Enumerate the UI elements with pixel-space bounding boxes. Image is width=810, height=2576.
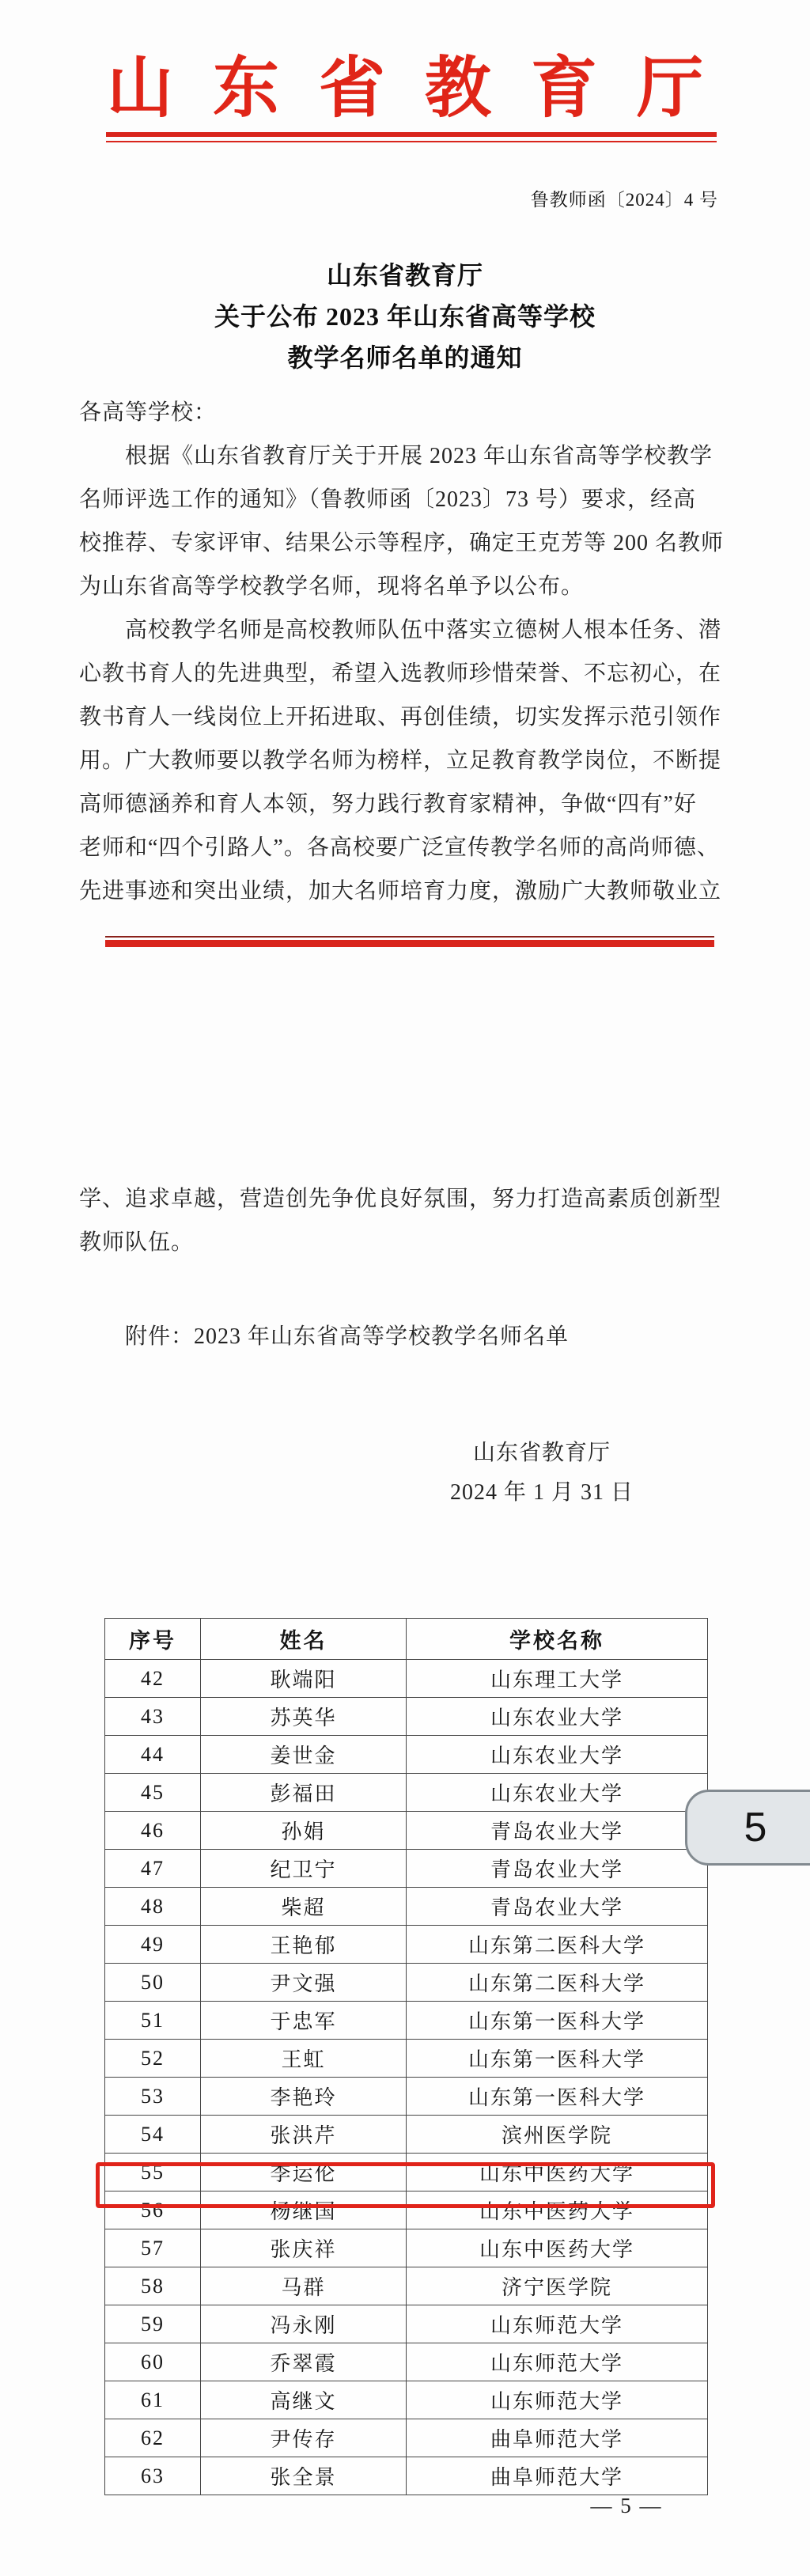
cell-school-name: 曲阜师范大学 (407, 2419, 708, 2457)
cell-teacher-name: 李艳玲 (201, 2078, 407, 2116)
cell-teacher-name: 张庆祥 (201, 2229, 407, 2267)
cell-teacher-name: 王虹 (201, 2040, 407, 2078)
table-header-cell: 姓名 (201, 1619, 407, 1660)
cell-teacher-name: 柴超 (201, 1888, 407, 1926)
cell-school-name: 山东农业大学 (407, 1736, 708, 1774)
body-line: 各高等学校： (79, 391, 726, 434)
cell-serial-no: 55 (105, 2154, 201, 2191)
notice-title-line: 教学名师名单的通知 (0, 337, 810, 378)
cell-serial-no: 42 (105, 1660, 201, 1698)
body-line: 教师队伍。 (79, 1221, 726, 1264)
table-row: 49 王艳郁 山东第二医科大学 (105, 1926, 708, 1964)
cell-school-name: 山东农业大学 (407, 1698, 708, 1736)
body-line: 高师德涵养和育人本领，努力践行教育家精神，争做“四有”好 (79, 782, 726, 826)
cell-teacher-name: 李运伦 (201, 2154, 407, 2191)
page-break-rule-thin (105, 936, 714, 938)
cell-school-name: 山东师范大学 (407, 2305, 708, 2343)
cell-teacher-name: 张全景 (201, 2457, 407, 2495)
cell-teacher-name: 高继文 (201, 2381, 407, 2419)
table-row: 52 王虹 山东第一医科大学 (105, 2040, 708, 2078)
cell-teacher-name: 纪卫宁 (201, 1850, 407, 1888)
cell-school-name: 青岛农业大学 (407, 1888, 708, 1926)
cell-teacher-name: 彭福田 (201, 1774, 407, 1812)
cell-teacher-name: 姜世金 (201, 1736, 407, 1774)
cell-school-name: 山东第一医科大学 (407, 2002, 708, 2040)
letterhead-title: 山东省教育厅 (0, 35, 810, 131)
cell-serial-no: 43 (105, 1698, 201, 1736)
table-row: 50 尹文强 山东第二医科大学 (105, 1964, 708, 2002)
cell-school-name: 山东理工大学 (407, 1660, 708, 1698)
cell-teacher-name: 尹文强 (201, 1964, 407, 2002)
body-line: 教书育人一线岗位上开拓进取、再创佳绩，切实发挥示范引领作 (79, 695, 726, 739)
table-row: 46 孙娟 青岛农业大学 (105, 1812, 708, 1850)
cell-serial-no: 56 (105, 2191, 201, 2229)
table-row: 54 张洪芹 滨州医学院 (105, 2116, 708, 2154)
table-row: 57 张庆祥 山东中医药大学 (105, 2229, 708, 2267)
letterhead-rule-thick (106, 132, 717, 137)
body-line: 学、追求卓越，营造创先争优良好氛围，努力打造高素质创新型 (79, 1177, 726, 1221)
cell-serial-no: 51 (105, 2002, 201, 2040)
cell-teacher-name: 苏英华 (201, 1698, 407, 1736)
cell-school-name: 济宁医学院 (407, 2267, 708, 2305)
cell-school-name: 山东中医药大学 (407, 2154, 708, 2191)
cell-serial-no: 46 (105, 1812, 201, 1850)
cell-school-name: 山东中医药大学 (407, 2191, 708, 2229)
table-row: 42 耿端阳 山东理工大学 (105, 1660, 708, 1698)
cell-school-name: 山东农业大学 (407, 1774, 708, 1812)
body-line: 为山东省高等学校教学名师，现将名单予以公布。 (79, 565, 726, 608)
cell-serial-no: 50 (105, 1964, 201, 2002)
cell-school-name: 山东第二医科大学 (407, 1964, 708, 2002)
cell-teacher-name: 于忠军 (201, 2002, 407, 2040)
cell-serial-no: 61 (105, 2381, 201, 2419)
cell-school-name: 山东师范大学 (407, 2343, 708, 2381)
cell-teacher-name: 杨继国 (201, 2191, 407, 2229)
cell-serial-no: 57 (105, 2229, 201, 2267)
cell-school-name: 山东第一医科大学 (407, 2078, 708, 2116)
cell-serial-no: 58 (105, 2267, 201, 2305)
cell-teacher-name: 乔翠霞 (201, 2343, 407, 2381)
table-header-cell: 序号 (105, 1619, 201, 1660)
cell-school-name: 青岛农业大学 (407, 1850, 708, 1888)
document-page: 山东省教育厅 鲁教师函〔2024〕4 号 山东省教育厅关于公布 2023 年山东… (0, 0, 810, 2576)
cell-teacher-name: 马群 (201, 2267, 407, 2305)
table-row: 55 李运伦 山东中医药大学 (105, 2154, 708, 2191)
body-line: 校推荐、专家评审、结果公示等程序，确定王克芳等 200 名教师 (79, 521, 726, 565)
body-line: 老师和“四个引路人”。各高校要广泛宣传教学名师的高尚师德、 (79, 826, 726, 869)
doc-number: 鲁教师函〔2024〕4 号 (531, 188, 718, 212)
cell-serial-no: 44 (105, 1736, 201, 1774)
cell-serial-no: 60 (105, 2343, 201, 2381)
cell-serial-no: 63 (105, 2457, 201, 2495)
cell-serial-no: 53 (105, 2078, 201, 2116)
cell-teacher-name: 孙娟 (201, 1812, 407, 1850)
body-text-block-1: 各高等学校： 根据《山东省教育厅关于开展 2023 年山东省高等学校教学名师评选… (79, 391, 726, 913)
sign-date: 2024 年 1 月 31 日 (411, 1473, 672, 1513)
attachment-note: 附件：2023 年山东省高等学校教学名师名单 (79, 1315, 726, 1358)
cell-serial-no: 54 (105, 2116, 201, 2154)
notice-title: 山东省教育厅关于公布 2023 年山东省高等学校教学名师名单的通知 (0, 255, 810, 378)
table-row: 48 柴超 青岛农业大学 (105, 1888, 708, 1926)
table-row: 43 苏英华 山东农业大学 (105, 1698, 708, 1736)
footer-page-number: — 5 — (0, 2494, 810, 2518)
cell-teacher-name: 张洪芹 (201, 2116, 407, 2154)
cell-teacher-name: 王艳郁 (201, 1926, 407, 1964)
body-line: 高校教学名师是高校教师队伍中落实立德树人根本任务、潜 (79, 608, 726, 652)
cell-teacher-name: 尹传存 (201, 2419, 407, 2457)
table-row: 63 张全景 曲阜师范大学 (105, 2457, 708, 2495)
teachers-table: 序号姓名学校名称 42 耿端阳 山东理工大学 43 苏英华 山东农业大学 44 (104, 1618, 708, 2495)
table-header-cell: 学校名称 (407, 1619, 708, 1660)
cell-school-name: 曲阜师范大学 (407, 2457, 708, 2495)
table-row: 51 于忠军 山东第一医科大学 (105, 2002, 708, 2040)
cell-school-name: 滨州医学院 (407, 2116, 708, 2154)
table-header-row: 序号姓名学校名称 (105, 1619, 708, 1660)
table-row: 53 李艳玲 山东第一医科大学 (105, 2078, 708, 2116)
table-row: 60 乔翠霞 山东师范大学 (105, 2343, 708, 2381)
cell-school-name: 山东第二医科大学 (407, 1926, 708, 1964)
table-row: 44 姜世金 山东农业大学 (105, 1736, 708, 1774)
cell-serial-no: 62 (105, 2419, 201, 2457)
table-row: 47 纪卫宁 青岛农业大学 (105, 1850, 708, 1888)
table-row: 59 冯永刚 山东师范大学 (105, 2305, 708, 2343)
signature-block: 山东省教育厅 2024 年 1 月 31 日 (411, 1434, 672, 1513)
notice-title-line: 关于公布 2023 年山东省高等学校 (0, 296, 810, 337)
body-line: 根据《山东省教育厅关于开展 2023 年山东省高等学校教学 (79, 434, 726, 478)
cell-school-name: 山东中医药大学 (407, 2229, 708, 2267)
table-row: 56 杨继国 山东中医药大学 (105, 2191, 708, 2229)
cell-serial-no: 47 (105, 1850, 201, 1888)
signer-name: 山东省教育厅 (411, 1434, 672, 1473)
cell-serial-no: 49 (105, 1926, 201, 1964)
cell-teacher-name: 耿端阳 (201, 1660, 407, 1698)
cell-serial-no: 59 (105, 2305, 201, 2343)
body-line: 用。广大教师要以教学名师为榜样，立足教育教学岗位，不断提 (79, 739, 726, 782)
table-row: 62 尹传存 曲阜师范大学 (105, 2419, 708, 2457)
cell-serial-no: 45 (105, 1774, 201, 1812)
cell-teacher-name: 冯永刚 (201, 2305, 407, 2343)
cell-serial-no: 48 (105, 1888, 201, 1926)
cell-serial-no: 52 (105, 2040, 201, 2078)
side-page-tab: 5 (685, 1790, 810, 1866)
page-break-rule-thick (105, 940, 714, 947)
body-line: 心教书育人的先进典型，希望入选教师珍惜荣誉、不忘初心，在 (79, 652, 726, 695)
cell-school-name: 山东师范大学 (407, 2381, 708, 2419)
table-row: 58 马群 济宁医学院 (105, 2267, 708, 2305)
body-line: 名师评选工作的通知》（鲁教师函〔2023〕73 号）要求，经高 (79, 478, 726, 521)
body-text-block-2: 学、追求卓越，营造创先争优良好氛围，努力打造高素质创新型教师队伍。 (79, 1177, 726, 1264)
notice-title-line: 山东省教育厅 (0, 255, 810, 296)
table-row: 61 高继文 山东师范大学 (105, 2381, 708, 2419)
cell-school-name: 青岛农业大学 (407, 1812, 708, 1850)
letterhead-rule-thin (106, 141, 717, 142)
body-line: 先进事迹和突出业绩，加大名师培育力度，激励广大教师敬业立 (79, 869, 726, 913)
side-page-tab-number: 5 (744, 1804, 767, 1851)
cell-school-name: 山东第一医科大学 (407, 2040, 708, 2078)
table-row: 45 彭福田 山东农业大学 (105, 1774, 708, 1812)
